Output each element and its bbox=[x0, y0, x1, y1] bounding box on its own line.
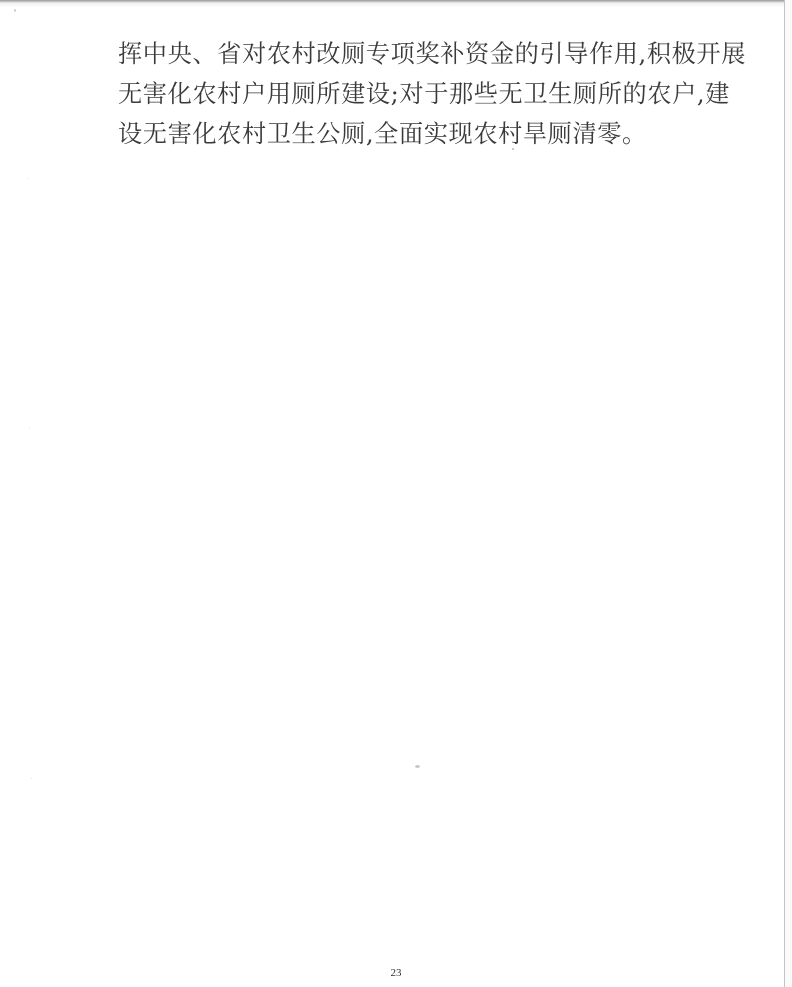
scan-speck bbox=[31, 778, 32, 779]
paragraph-line-2: 无害化农村户用厕所建设;对于那些无卫生厕所的农户,建 bbox=[118, 74, 680, 114]
paragraph-line-1: 挥中央、省对农村改厕专项奖补资金的引导作用,积极开展 bbox=[118, 34, 680, 74]
scan-right-margin bbox=[785, 0, 792, 987]
scan-speck bbox=[512, 148, 514, 150]
paragraph-line-3: 设无害化农村卫生公厕,全面实现农村旱厕清零。 bbox=[118, 114, 680, 154]
scan-speck bbox=[14, 9, 16, 12]
page-number: 23 bbox=[0, 967, 792, 979]
scan-speck bbox=[29, 428, 30, 429]
scan-speck bbox=[27, 178, 28, 179]
scan-top-shadow bbox=[0, 3, 792, 7]
scan-speck bbox=[415, 765, 420, 768]
body-paragraph: 挥中央、省对农村改厕专项奖补资金的引导作用,积极开展 无害化农村户用厕所建设;对… bbox=[118, 34, 680, 154]
